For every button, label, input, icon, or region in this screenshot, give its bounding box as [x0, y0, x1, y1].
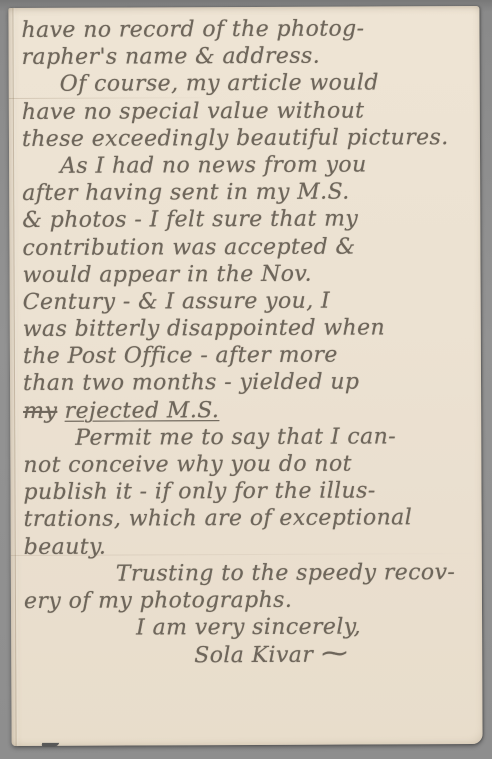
- letter-text-segment: than two months - yielded up: [23, 370, 359, 396]
- letter-text-segment: contribution was accepted &: [22, 234, 355, 260]
- letter-text-segment: Century - & I assure you, I: [23, 289, 330, 315]
- letter-line: ery of my photographs.: [24, 586, 476, 615]
- letter-text-segment: ery of my photographs.: [24, 588, 292, 614]
- letter-text-segment: after having sent in my M.S.: [22, 180, 350, 206]
- letter-line: rapher's name & address.: [22, 42, 474, 71]
- letter-text-segment: would appear in the Nov.: [23, 261, 313, 287]
- letter-text-segment: Permit me to say that I can-: [75, 424, 396, 450]
- letter-line: the Post Office - after more: [23, 341, 475, 370]
- letter-text-segment: [57, 398, 65, 423]
- letter-line: Of course, my article would: [60, 69, 474, 98]
- letter-line: would appear in the Nov.: [22, 260, 474, 289]
- letter-line: Permit me to say that I can-: [75, 423, 475, 452]
- letter-text-segment: was bitterly disappointed when: [23, 315, 385, 342]
- letter-line: after having sent in my M.S.: [22, 178, 474, 207]
- letter-text-segment: trations, which are of exceptional: [24, 506, 413, 533]
- letter-line: than two months - yielded up: [23, 368, 475, 397]
- letter-scan-background: have no record of the photog-rapher's na…: [0, 0, 492, 759]
- letter-line: my rejected M.S.: [23, 396, 475, 425]
- letter-line: trations, which are of exceptional: [24, 504, 476, 533]
- letter-text-segment: Trusting to the speedy recov-: [116, 560, 455, 586]
- letter-line: publish it - if only for the illus-: [23, 477, 475, 506]
- letter-text-segment: & photos - I felt sure that my: [22, 207, 358, 233]
- paper-edge-notch: [41, 743, 59, 747]
- letter-text-segment: the Post Office - after more: [23, 343, 338, 369]
- letter-line: have no special value without: [22, 97, 474, 126]
- letter-line: have no record of the photog-: [21, 15, 473, 44]
- letter-line: was bitterly disappointed when: [23, 314, 475, 343]
- letter-text-segment: Sola Kivar: [194, 643, 313, 669]
- letter-line: not conceive why you do not: [23, 450, 475, 479]
- letter-text-segment: have no special value without: [22, 98, 365, 124]
- letter-line: Century - & I assure you, I: [23, 287, 475, 316]
- letter-line: & photos - I felt sure that my: [22, 205, 474, 234]
- letter-text-segment: not conceive why you do not: [23, 452, 352, 478]
- letter-text-segment: ⁓: [313, 639, 347, 669]
- letter-line: Sola Kivar ⁓: [194, 640, 476, 668]
- letter-line: As I had no news from you: [60, 151, 474, 180]
- letter-text-segment: publish it - if only for the illus-: [23, 479, 375, 506]
- letter-text-segment: beauty.: [24, 534, 107, 559]
- letter-text-segment: As I had no news from you: [60, 152, 367, 178]
- letter-text-segment: rapher's name & address.: [22, 44, 321, 70]
- letter-text-segment: Of course, my article would: [60, 71, 379, 97]
- letter-line: beauty.: [24, 532, 476, 561]
- letter-text-segment: have no record of the photog-: [21, 16, 364, 42]
- letter-lines: have no record of the photog-rapher's na…: [21, 15, 476, 669]
- letter-line: Trusting to the speedy recov-: [116, 559, 476, 588]
- paper-fold-crease: [12, 8, 16, 746]
- letter-line: these exceedingly beautiful pictures.: [22, 124, 474, 153]
- letter-line: contribution was accepted &: [22, 232, 474, 261]
- letter-paper: have no record of the photog-rapher's na…: [8, 6, 482, 746]
- letter-line: I am very sincerely,: [136, 613, 476, 642]
- letter-text-segment: I am very sincerely,: [136, 615, 361, 641]
- letter-text-segment: rejected M.S.: [65, 398, 220, 424]
- letter-text-segment: my: [23, 398, 57, 423]
- letter-text-segment: these exceedingly beautiful pictures.: [22, 125, 449, 152]
